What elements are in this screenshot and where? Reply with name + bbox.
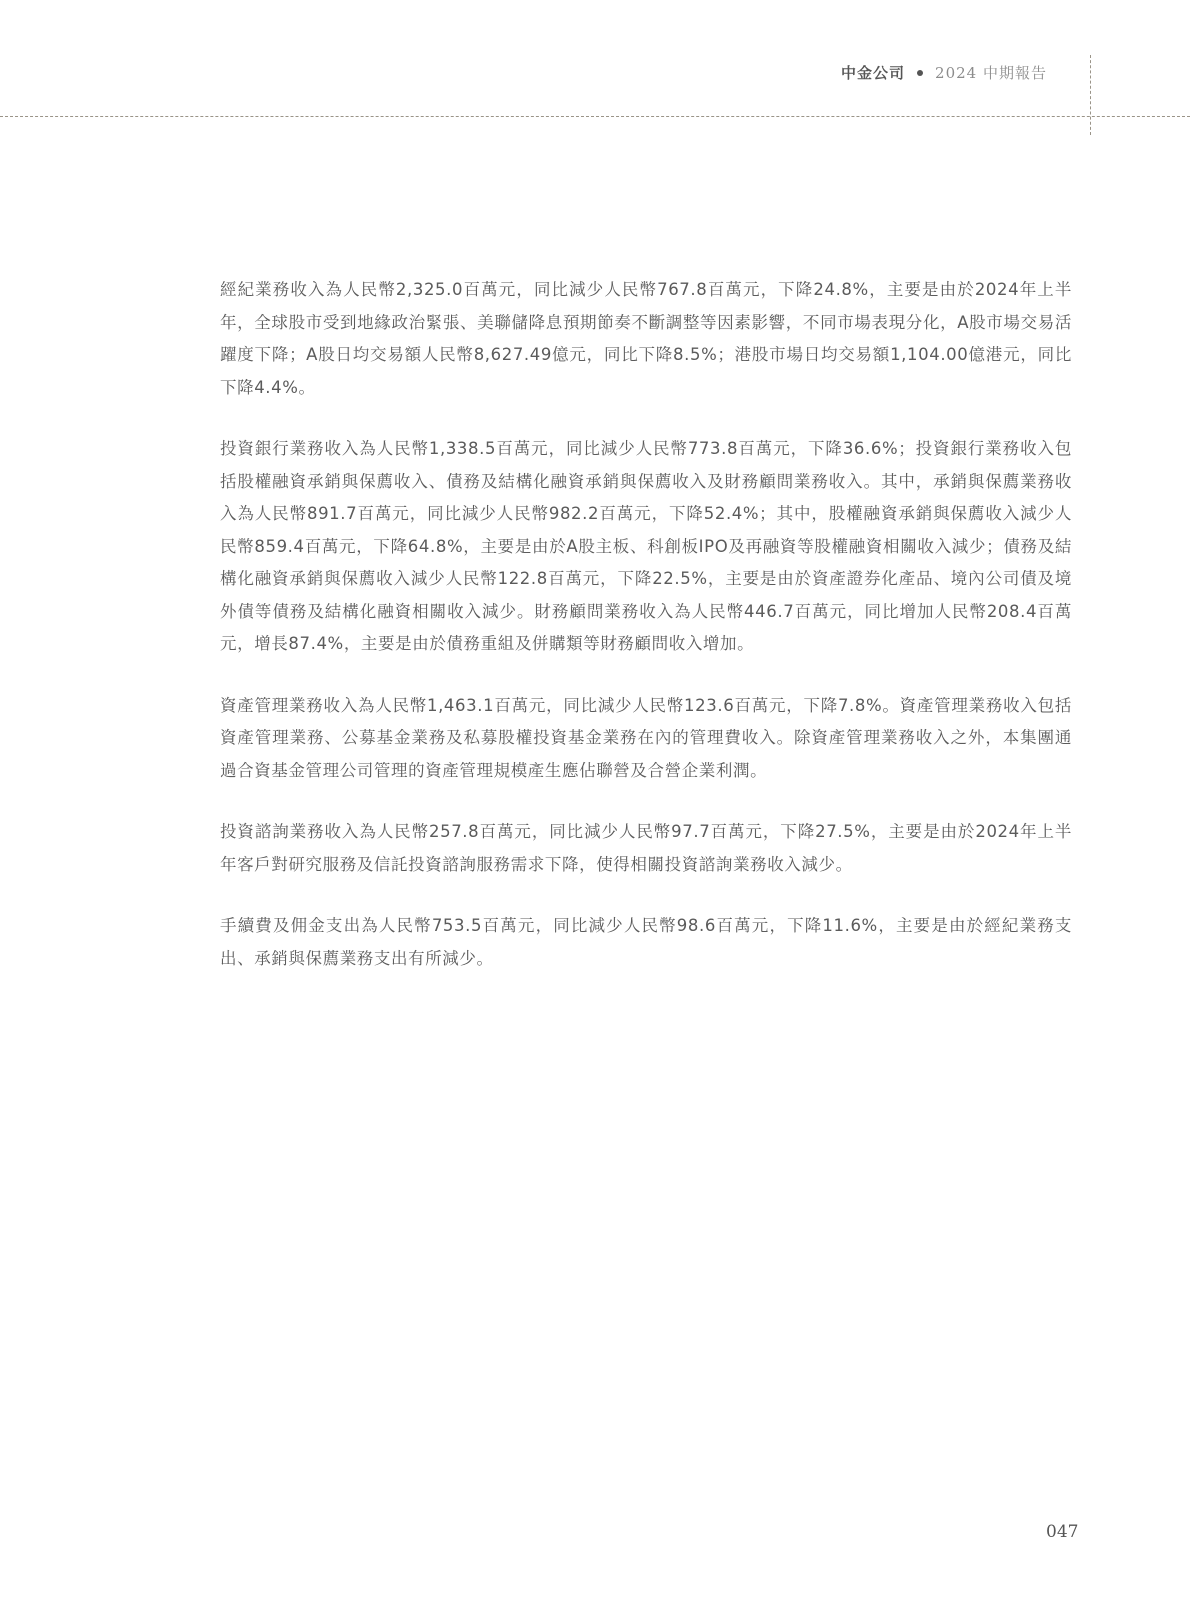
company-name: 中金公司 — [841, 62, 905, 83]
page-number: 047 — [1046, 1522, 1078, 1542]
paragraph-brokerage: 經紀業務收入為人民幣2,325.0百萬元，同比減少人民幣767.8百萬元，下降2… — [220, 274, 1072, 404]
running-header: 中金公司 2024 中期報告 — [841, 62, 1047, 83]
header-dashed-divider — [0, 116, 1190, 117]
paragraph-investment-advisory: 投資諮詢業務收入為人民幣257.8百萬元，同比減少人民幣97.7百萬元，下降27… — [220, 816, 1072, 881]
paragraph-asset-management: 資產管理業務收入為人民幣1,463.1百萬元，同比減少人民幣123.6百萬元，下… — [220, 690, 1072, 788]
body-content: 經紀業務收入為人民幣2,325.0百萬元，同比減少人民幣767.8百萬元，下降2… — [220, 274, 1072, 1004]
paragraph-investment-banking: 投資銀行業務收入為人民幣1,338.5百萬元，同比減少人民幣773.8百萬元，下… — [220, 433, 1072, 661]
header-vertical-dashed-divider — [1090, 55, 1091, 135]
report-title: 2024 中期報告 — [935, 62, 1047, 83]
paragraph-fee-commission-expense: 手續費及佣金支出為人民幣753.5百萬元，同比減少人民幣98.6百萬元，下降11… — [220, 910, 1072, 975]
bullet-separator-icon — [917, 70, 923, 76]
